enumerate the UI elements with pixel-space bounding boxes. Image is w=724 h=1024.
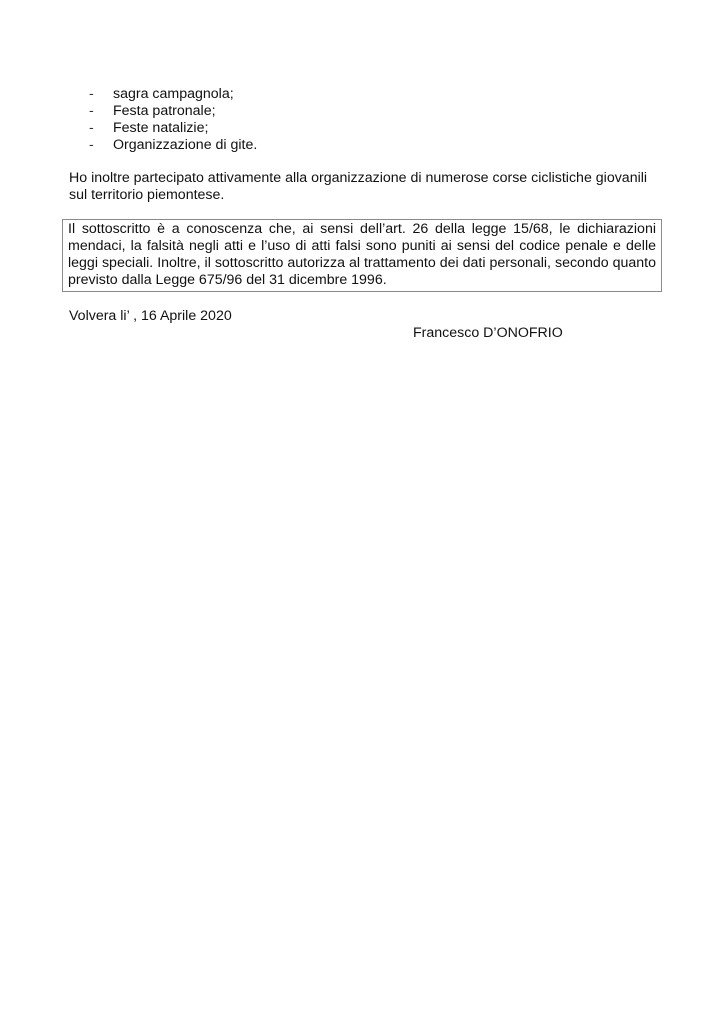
list-item-text: Organizzazione di gite. <box>113 137 257 154</box>
list-item-text: Festa patronale; <box>113 103 216 120</box>
cycling-races-paragraph: Ho inoltre partecipato attivamente alla … <box>69 170 649 204</box>
document-page: - sagra campagnola; - Festa patronale; -… <box>0 0 724 1024</box>
place-and-date: Volvera li’ , 16 Aprile 2020 <box>69 308 232 325</box>
legal-notice-text: Il sottoscritto è a conoscenza che, ai s… <box>68 221 656 289</box>
list-item-text: sagra campagnola; <box>113 86 234 103</box>
dash-bullet-icon: - <box>89 86 94 103</box>
dash-bullet-icon: - <box>89 137 94 154</box>
signature-name: Francesco D’ONOFRIO <box>413 325 563 342</box>
dash-bullet-icon: - <box>89 120 94 137</box>
legal-notice-box: Il sottoscritto è a conoscenza che, ai s… <box>62 219 662 292</box>
list-item-text: Feste natalizie; <box>113 120 208 137</box>
dash-bullet-icon: - <box>89 103 94 120</box>
